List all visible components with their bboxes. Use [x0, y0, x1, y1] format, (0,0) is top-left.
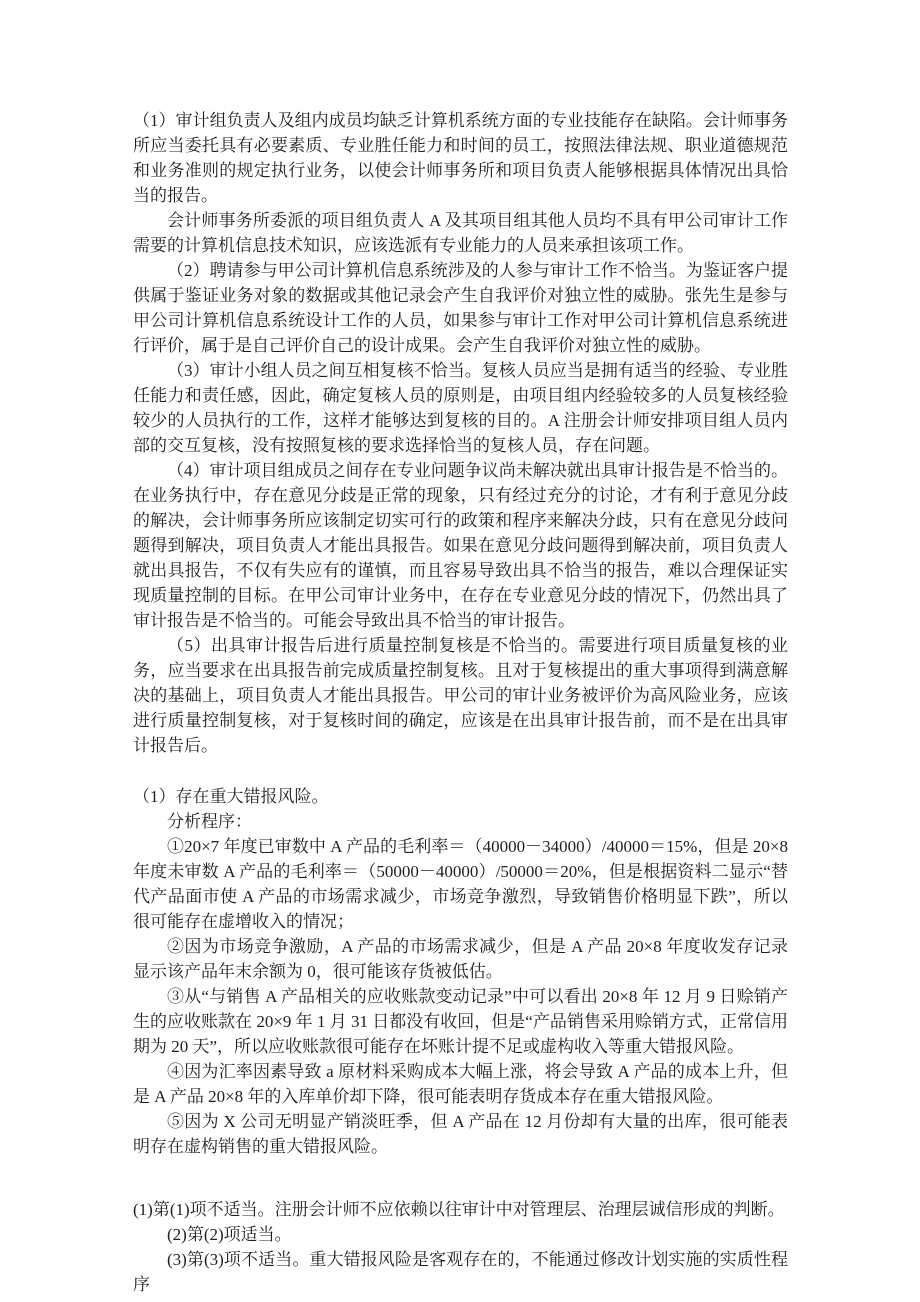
paragraph: （1）存在重大错报风险。	[133, 784, 788, 809]
paragraph: 分析程序：	[133, 809, 788, 834]
paragraph: （1）审计组负责人及组内成员均缺乏计算机系统方面的专业技能存在缺陷。会计师事务所…	[133, 108, 788, 208]
section-item-judgments: (1)第(1)项不适当。注册会计师不应依赖以往审计中对管理层、治理层诚信形成的判…	[133, 1197, 788, 1297]
paragraph: (3)第(3)项不适当。重大错报风险是客观存在的，不能通过修改计划实施的实质性程…	[133, 1247, 788, 1297]
paragraph: ③从“与销售 A 产品相关的应收账款变动记录”中可以看出 20×8 年 12 月…	[133, 984, 788, 1059]
paragraph: （3）审计小组人员之间互相复核不恰当。复核人员应当是拥有适当的经验、专业胜任能力…	[133, 358, 788, 458]
paragraph: 会计师事务所委派的项目组负责人 A 及其项目组其他人员均不具有甲公司审计工作需要…	[133, 208, 788, 258]
paragraph: (2)第(2)项适当。	[133, 1222, 788, 1247]
paragraph: ②因为市场竞争激励，A 产品的市场需求减少，但是 A 产品 20×8 年度收发存…	[133, 934, 788, 984]
paragraph: （2）聘请参与甲公司计算机信息系统涉及的人参与审计工作不恰当。为鉴证客户提供属于…	[133, 258, 788, 358]
section-quality-control-review: （1）审计组负责人及组内成员均缺乏计算机系统方面的专业技能存在缺陷。会计师事务所…	[133, 108, 788, 758]
paragraph: ①20×7 年度已审数中 A 产品的毛利率＝（40000－34000）/4000…	[133, 834, 788, 934]
paragraph: ④因为汇率因素导致 a 原材料采购成本大幅上涨，将会导致 A 产品的成本上升，但…	[133, 1059, 788, 1109]
document-body: （1）审计组负责人及组内成员均缺乏计算机系统方面的专业技能存在缺陷。会计师事务所…	[133, 108, 788, 1297]
section-misstatement-risk-analysis: （1）存在重大错报风险。 分析程序： ①20×7 年度已审数中 A 产品的毛利率…	[133, 784, 788, 1159]
document-page: （1）审计组负责人及组内成员均缺乏计算机系统方面的专业技能存在缺陷。会计师事务所…	[0, 0, 920, 1302]
paragraph: （4）审计项目组成员之间存在专业问题争议尚未解决就出具审计报告是不恰当的。在业务…	[133, 458, 788, 633]
paragraph: （5）出具审计报告后进行质量控制复核是不恰当的。需要进行项目质量复核的业务，应当…	[133, 633, 788, 758]
paragraph: ⑤因为 X 公司无明显产销淡旺季，但 A 产品在 12 月份却有大量的出库，很可…	[133, 1109, 788, 1159]
paragraph: (1)第(1)项不适当。注册会计师不应依赖以往审计中对管理层、治理层诚信形成的判…	[133, 1197, 788, 1222]
